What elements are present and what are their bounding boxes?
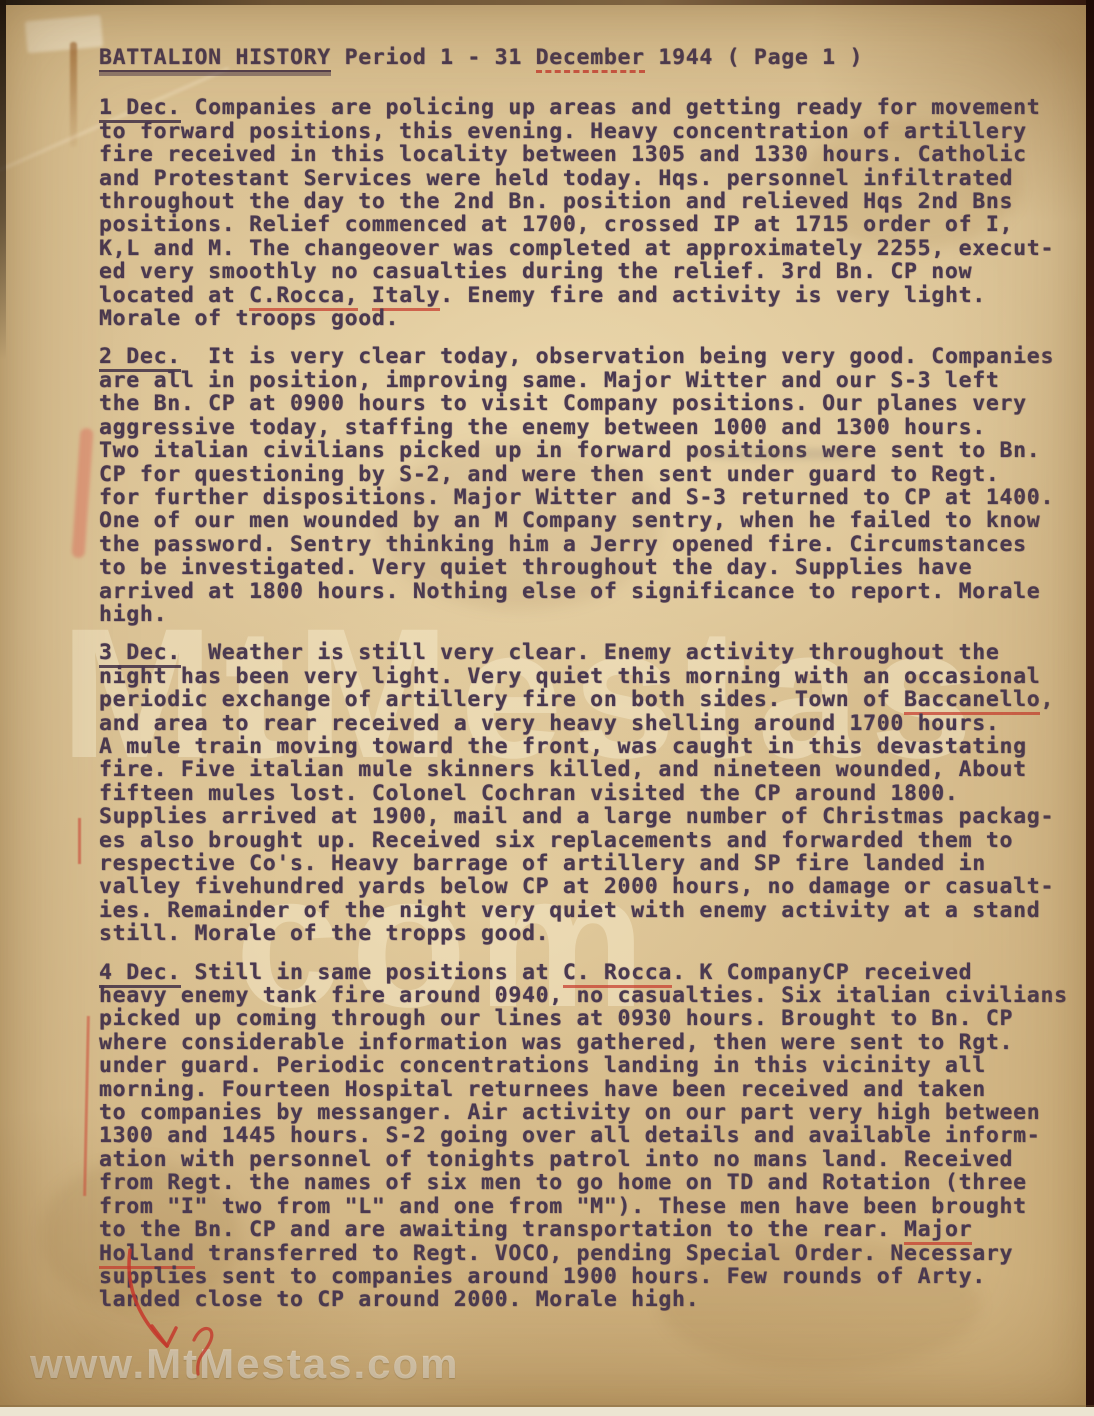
tape-mark [25,15,103,54]
scan-edge-top [0,0,1094,5]
red-arrow-annotation [110,1240,240,1390]
entry-1-dec: 1 Dec. Companies are policing up areas a… [99,96,1091,330]
bottom-watermark: www.MtMestas.com [30,1340,460,1388]
scan-edge-bottom [0,1407,1094,1416]
red-margin-line-1 [78,818,81,864]
pencil-smudge [690,448,860,460]
document-page: MtMestas com BATTALION HISTORY Period 1 … [0,0,1094,1416]
scan-edge-right [1086,0,1094,1416]
entry-2-dec: 2 Dec. It is very clear today, observati… [99,345,1091,626]
rust-streak [70,42,77,147]
red-crayon-margin-mark [71,428,93,559]
entry-4-dec: 4 Dec. Still in same positions at C. Roc… [99,961,1091,1312]
red-margin-line-2 [83,1016,90,1196]
entry-3-dec: 3 Dec. Weather is still very clear. Enem… [99,641,1091,945]
scan-edge-left [0,0,6,360]
typewritten-text-block: BATTALION HISTORY Period 1 - 31 December… [99,46,1091,1327]
page-title: BATTALION HISTORY Period 1 - 31 December… [99,46,1091,69]
